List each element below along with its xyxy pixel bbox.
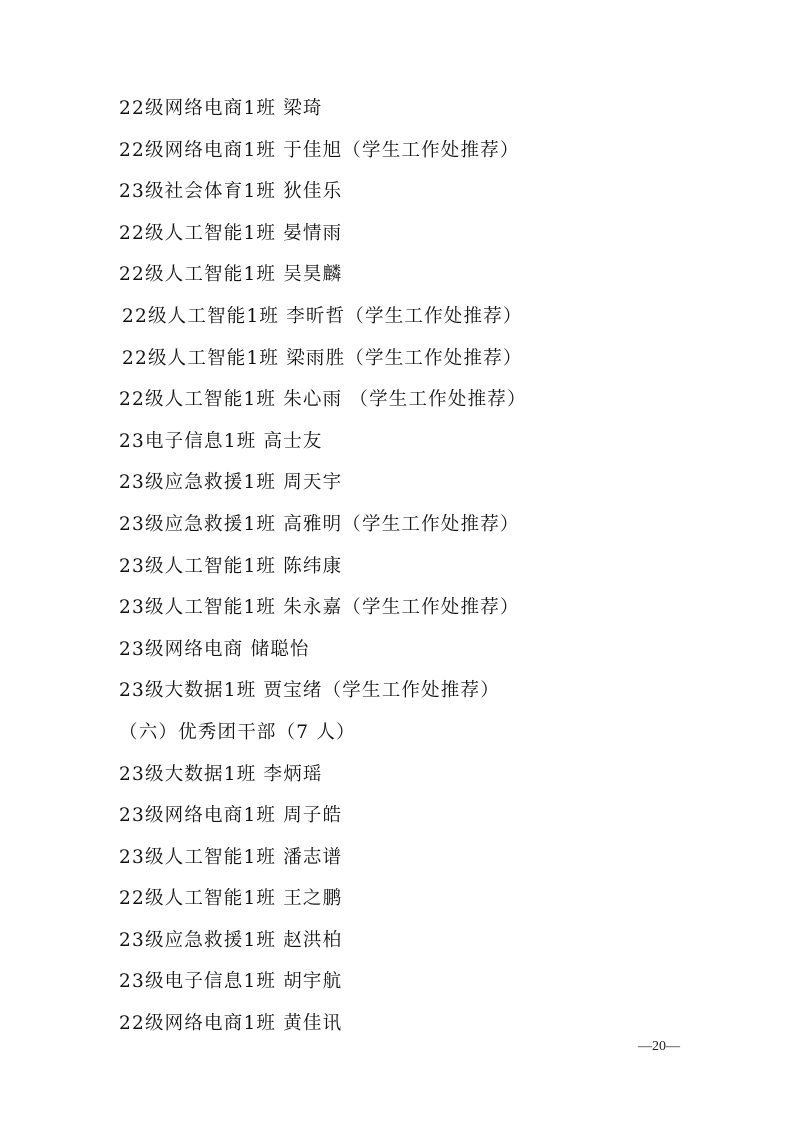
list-item: 23级人工智能1班 陈纬康 [119, 546, 739, 588]
list-item: 23级应急救援1班 高雅明（学生工作处推荐） [119, 504, 739, 546]
section-heading: （六）优秀团干部（7 人） [119, 712, 739, 754]
name-list: 22级网络电商1班 梁琦 22级网络电商1班 于佳旭（学生工作处推荐） 23级社… [119, 88, 739, 1045]
list-item: 23级应急救援1班 赵洪柏 [119, 920, 739, 962]
page-number: —20— [638, 1039, 680, 1055]
list-item: 23级网络电商 储聪怡 [119, 629, 739, 671]
list-item: 23级大数据1班 李炳瑶 [119, 754, 739, 796]
list-item: 22级网络电商1班 于佳旭（学生工作处推荐） [119, 130, 739, 172]
list-item: 23级电子信息1班 胡宇航 [119, 961, 739, 1003]
list-item: 22级人工智能1班 王之鹏 [119, 878, 739, 920]
list-item: 23级网络电商1班 周子皓 [119, 795, 739, 837]
document-page: 22级网络电商1班 梁琦 22级网络电商1班 于佳旭（学生工作处推荐） 23级社… [0, 0, 793, 1122]
list-item: 23级应急救援1班 周天宇 [119, 462, 739, 504]
list-item: 22级人工智能1班 朱心雨 （学生工作处推荐） [119, 379, 739, 421]
list-item: 22级人工智能1班 晏情雨 [119, 213, 739, 255]
list-item: 22级网络电商1班 梁琦 [119, 88, 739, 130]
list-item: 23电子信息1班 高士友 [119, 421, 739, 463]
list-item: 23级社会体育1班 狄佳乐 [119, 171, 739, 213]
list-item: 22级人工智能1班 吴昊麟 [119, 254, 739, 296]
list-item: 22级人工智能1班 李昕哲（学生工作处推荐） [119, 296, 739, 338]
list-item: 23级人工智能1班 潘志谱 [119, 837, 739, 879]
list-item: 23级大数据1班 贾宝绪（学生工作处推荐） [119, 670, 739, 712]
list-item: 22级人工智能1班 梁雨胜（学生工作处推荐） [119, 338, 739, 380]
list-item: 23级人工智能1班 朱永嘉（学生工作处推荐） [119, 587, 739, 629]
